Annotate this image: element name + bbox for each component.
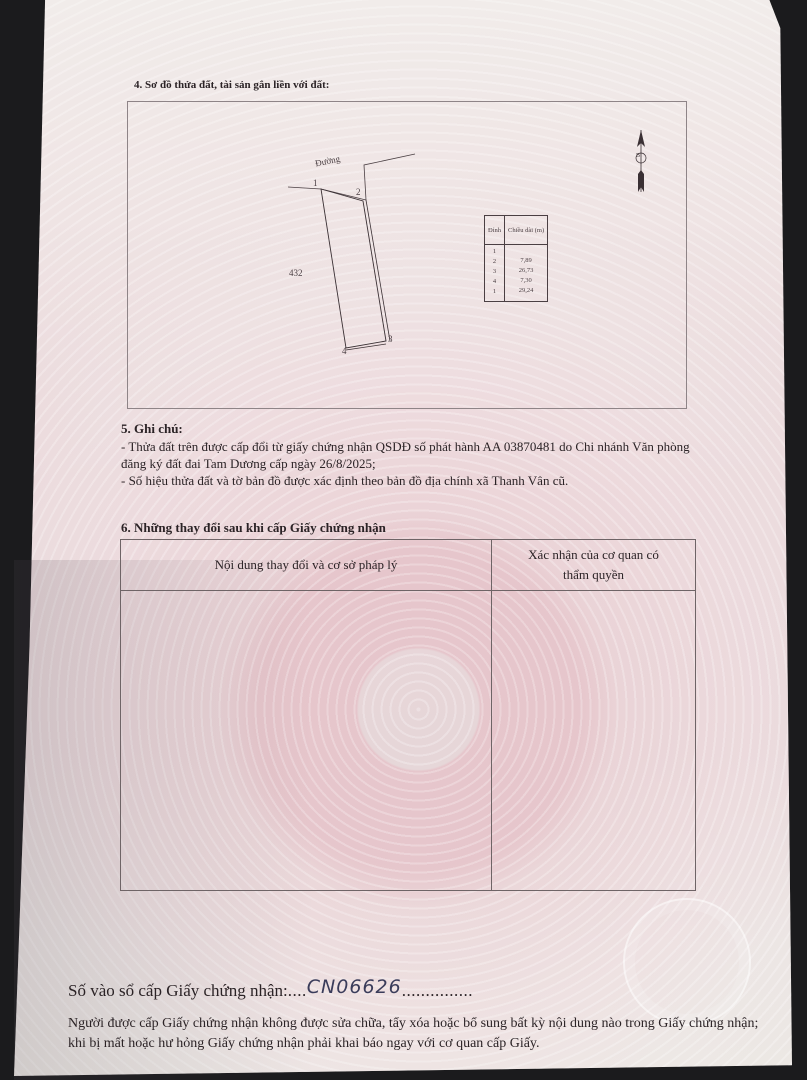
parcel-diagram: Đường 1 2 3 4 432 B Đỉnh Chiều dài (m) 1…: [127, 101, 687, 409]
changes-table: Nội dung thay đổi và cơ sở pháp lý Xác n…: [120, 539, 696, 891]
header-vertex: Đỉnh: [485, 216, 505, 245]
registration-number: Số vào sổ cấp Giấy chứng nhận:....CN0662…: [68, 979, 473, 1001]
section5-title: 5. Ghi chú:: [121, 421, 183, 437]
note-2: - Số hiệu thửa đất và tờ bản đồ được xác…: [121, 472, 711, 489]
vertex-label-1: 1: [313, 178, 318, 188]
parcel-number: 432: [289, 268, 303, 278]
column-header-content: Nội dung thay đổi và cơ sở pháp lý: [121, 540, 492, 591]
edge-length-table: Đỉnh Chiều dài (m) 1 2 3 4 1 7,89 26,73 …: [484, 215, 548, 302]
vertex-label-3: 3: [388, 334, 393, 344]
header-length: Chiều dài (m): [505, 216, 548, 245]
parcel-drawing: [128, 102, 686, 408]
registration-value: CN06626: [307, 976, 402, 998]
north-arrow-icon: [636, 130, 646, 192]
table-row: [121, 591, 696, 891]
note-1: - Thửa đất trên được cấp đổi từ giấy chứ…: [121, 438, 711, 472]
section4-title: 4. Sơ đồ thửa đất, tài sản gắn liền với …: [134, 79, 329, 91]
vertex-column: 1 2 3 4 1: [485, 245, 505, 302]
section6-title: 6. Những thay đổi sau khi cấp Giấy chứng…: [121, 520, 386, 536]
vertex-label-2: 2: [356, 187, 361, 197]
registration-label: Số vào sổ cấp Giấy chứng nhận:: [68, 981, 288, 1000]
authority-confirmation-cell: [492, 591, 696, 891]
change-content-cell: [121, 591, 492, 891]
north-letter: B: [636, 153, 640, 159]
vertex-label-4: 4: [342, 346, 347, 356]
footer-note: Người được cấp Giấy chứng nhận không đượ…: [68, 1014, 768, 1054]
embossed-seal: [623, 898, 751, 1026]
column-header-authority: Xác nhận của cơ quan có thẩm quyền: [492, 540, 696, 591]
length-column: 7,89 26,73 7,30 29,24: [505, 245, 548, 302]
